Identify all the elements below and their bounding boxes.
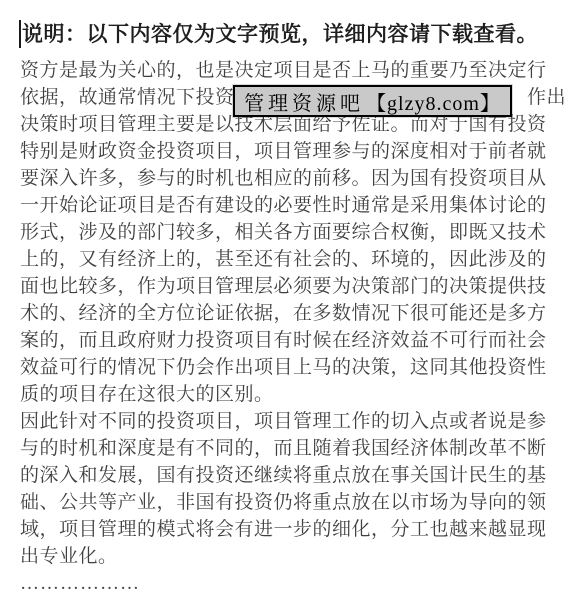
truncation-ellipsis: ……………… — [20, 570, 568, 597]
preview-page: 说明：以下内容仅为文字预览，详细内容请下载查看。 资方是最为关心的，也是决定项目… — [0, 0, 578, 600]
preview-notice-row: 说明：以下内容仅为文字预览，详细内容请下载查看。 — [19, 20, 566, 48]
watermark-site-url: 【glzy8.com】 — [366, 87, 501, 116]
preview-body: 资方是最为关心的，也是决定项目是否上马的重要乃至决定行 依据，故通常情况下投资人… — [20, 57, 568, 597]
text-caret — [19, 20, 21, 48]
preview-paragraph-2: 因此针对不同的投资项目，项目管理工作的切入点或者说是参 与的时机和深度是有不同的… — [20, 408, 568, 570]
watermark-stamp: 管理资源吧 【glzy8.com】 — [233, 85, 512, 117]
preview-notice: 说明：以下内容仅为文字预览，详细内容请下载查看。 — [22, 20, 538, 48]
watermark-site-name: 管理资源吧 — [244, 87, 364, 116]
